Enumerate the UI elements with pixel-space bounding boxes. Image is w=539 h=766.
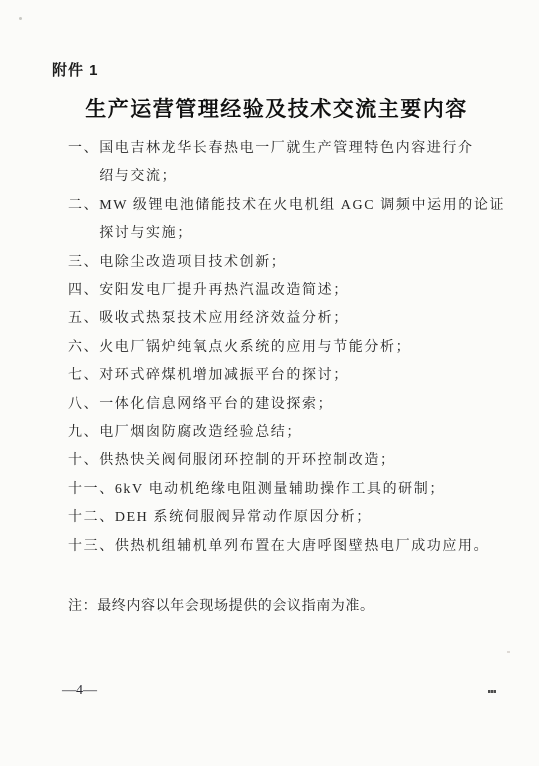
list-item: 九、 电厂烟囱防腐改造经验总结； <box>68 419 482 447</box>
item-text: 电除尘改造项目技术创新； <box>99 249 482 277</box>
list-item: 八、 一体化信息网络平台的建设探索； <box>68 391 482 419</box>
item-text-line: 供热机组辅机单列布置在大唐呼图壁热电厂成功应用。 <box>115 533 482 561</box>
list-item: 三、 电除尘改造项目技术创新； <box>68 249 482 277</box>
list-item: 十、 供热快关阀伺服闭环控制的开环控制改造； <box>68 447 482 475</box>
item-number: 十二、 <box>68 504 115 532</box>
item-text-line: 对环式碎煤机增加减振平台的探讨； <box>99 362 482 390</box>
item-text: 供热机组辅机单列布置在大唐呼图壁热电厂成功应用。 <box>115 533 482 561</box>
item-text-line: MW 级锂电池储能技术在火电机组 AGC 调频中运用的论证 <box>99 192 482 220</box>
item-text-line: 安阳发电厂提升再热汽温改造简述； <box>99 277 482 305</box>
item-text: 吸收式热泵技术应用经济效益分析； <box>99 305 482 333</box>
item-text-line: 探讨与实施； <box>99 220 482 248</box>
item-number: 七、 <box>68 362 99 390</box>
item-text: 火电厂锅炉纯氧点火系统的应用与节能分析； <box>99 334 482 362</box>
item-number: 十一、 <box>68 476 115 504</box>
list-item: 四、 安阳发电厂提升再热汽温改造简述； <box>68 277 482 305</box>
item-text: 6kV 电动机绝缘电阻测量辅助操作工具的研制； <box>115 476 482 504</box>
item-text-line: 电除尘改造项目技术创新； <box>99 249 482 277</box>
item-number: 一、 <box>68 135 99 163</box>
item-text-line: 电厂烟囱防腐改造经验总结； <box>99 419 482 447</box>
item-text: 一体化信息网络平台的建设探索； <box>99 391 482 419</box>
item-text-line: 吸收式热泵技术应用经济效益分析； <box>99 305 482 333</box>
scan-speck-top-left <box>19 17 22 20</box>
item-text-line: 国电吉林龙华长春热电一厂就生产管理特色内容进行介 <box>99 135 482 163</box>
attachment-label: 附件 1 <box>52 59 99 80</box>
document-page: 附件 1 生产运营管理经验及技术交流主要内容 一、 国电吉林龙华长春热电一厂就生… <box>0 0 539 766</box>
item-text-line: 6kV 电动机绝缘电阻测量辅助操作工具的研制； <box>115 476 482 504</box>
list-item: 六、 火电厂锅炉纯氧点火系统的应用与节能分析； <box>68 334 482 362</box>
item-text: MW 级锂电池储能技术在火电机组 AGC 调频中运用的论证探讨与实施； <box>99 192 482 249</box>
item-text: 电厂烟囱防腐改造经验总结； <box>99 419 482 447</box>
note-text: 注：最终内容以年会现场提供的会议指南为准。 <box>68 595 375 615</box>
item-text: 国电吉林龙华长春热电一厂就生产管理特色内容进行介绍与交流； <box>99 135 482 192</box>
list-item: 五、 吸收式热泵技术应用经济效益分析； <box>68 305 482 333</box>
item-text-line: DEH 系统伺服阀异常动作原因分析； <box>115 504 482 532</box>
scan-speck-bottom-right <box>507 651 510 653</box>
item-text-line: 绍与交流； <box>99 163 482 191</box>
item-number: 九、 <box>68 419 99 447</box>
item-text-line: 供热快关阀伺服闭环控制的开环控制改造； <box>99 447 482 475</box>
item-number: 四、 <box>68 277 99 305</box>
item-text: 安阳发电厂提升再热汽温改造简述； <box>99 277 482 305</box>
list-item: 十一、 6kV 电动机绝缘电阻测量辅助操作工具的研制； <box>68 476 482 504</box>
page-title: 生产运营管理经验及技术交流主要内容 <box>0 93 539 123</box>
scan-mark-bottom-right <box>488 690 496 693</box>
item-text: 对环式碎煤机增加减振平台的探讨； <box>99 362 482 390</box>
item-number: 十、 <box>68 447 99 475</box>
item-number: 八、 <box>68 391 99 419</box>
item-text-line: 一体化信息网络平台的建设探索； <box>99 391 482 419</box>
list-item: 十三、 供热机组辅机单列布置在大唐呼图壁热电厂成功应用。 <box>68 533 482 561</box>
item-number: 六、 <box>68 334 99 362</box>
list-item: 七、 对环式碎煤机增加减振平台的探讨； <box>68 362 482 390</box>
item-text-line: 火电厂锅炉纯氧点火系统的应用与节能分析； <box>99 334 482 362</box>
item-text: 供热快关阀伺服闭环控制的开环控制改造； <box>99 447 482 475</box>
item-number: 二、 <box>68 192 99 220</box>
page-number: —4— <box>62 683 97 699</box>
topic-list: 一、 国电吉林龙华长春热电一厂就生产管理特色内容进行介绍与交流； 二、 MW 级… <box>68 135 482 561</box>
item-number: 十三、 <box>68 533 115 561</box>
list-item: 二、 MW 级锂电池储能技术在火电机组 AGC 调频中运用的论证探讨与实施； <box>68 192 482 249</box>
item-number: 三、 <box>68 249 99 277</box>
item-number: 五、 <box>68 305 99 333</box>
list-item: 一、 国电吉林龙华长春热电一厂就生产管理特色内容进行介绍与交流； <box>68 135 482 192</box>
list-item: 十二、 DEH 系统伺服阀异常动作原因分析； <box>68 504 482 532</box>
item-text: DEH 系统伺服阀异常动作原因分析； <box>115 504 482 532</box>
